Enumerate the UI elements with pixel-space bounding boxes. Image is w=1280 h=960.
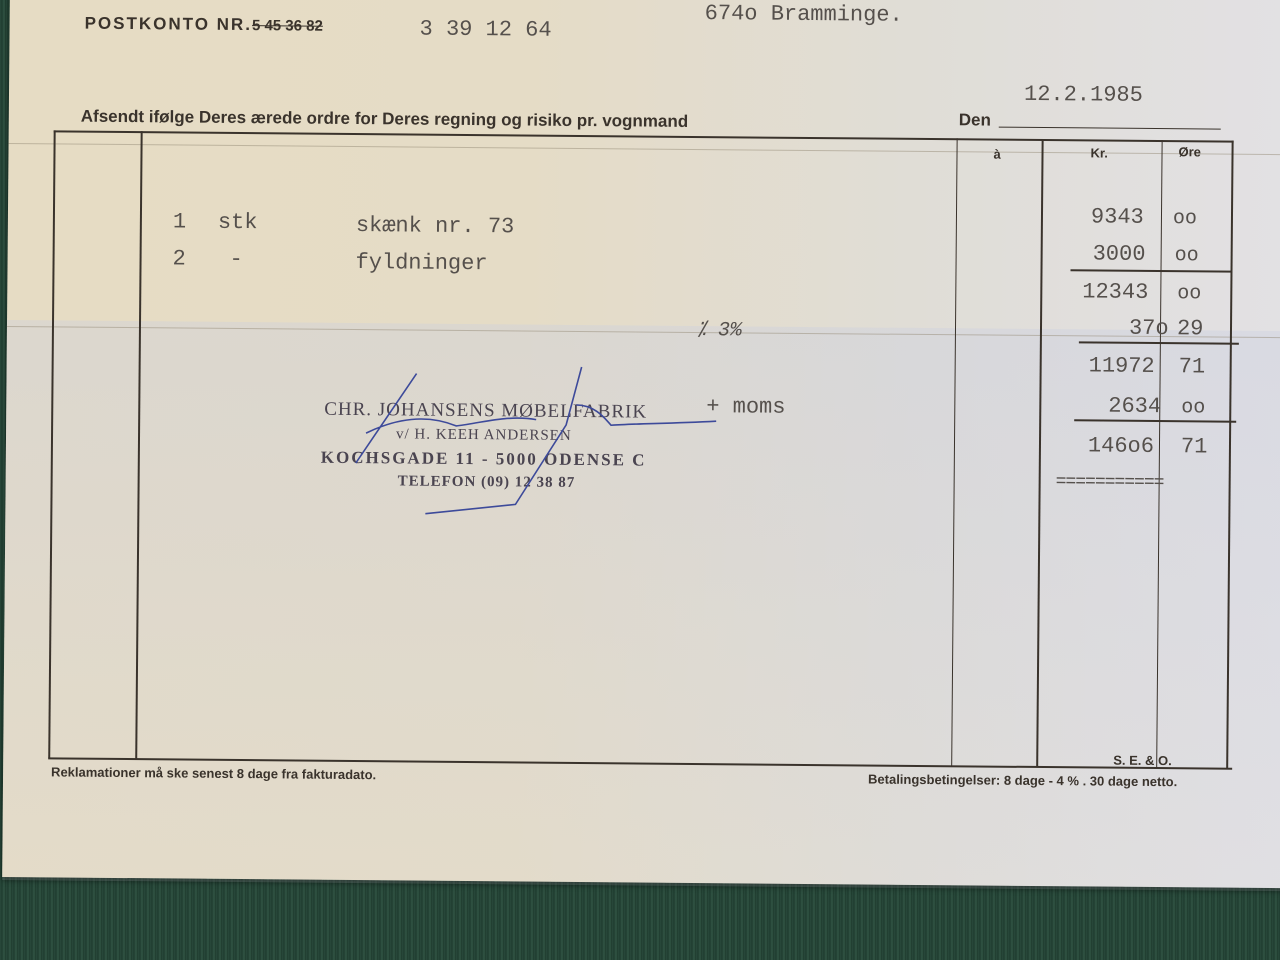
column-header-ore: Øre	[1178, 144, 1201, 159]
vat-kr: 2634	[1108, 394, 1161, 419]
total-double-rule: ===========	[1056, 472, 1164, 493]
item-unit: -	[229, 247, 242, 272]
item-unit: stk	[218, 210, 258, 235]
item-qty: 1	[173, 209, 186, 234]
item-kr: 9343	[1091, 204, 1144, 229]
date-underline	[999, 127, 1221, 130]
recipient-city: 674o Bramminge.	[705, 1, 903, 28]
shipping-note: Afsendt ifølge Deres ærede ordre for Der…	[81, 107, 689, 132]
fold-line	[9, 143, 1280, 155]
errors-omissions-mark: S. E. & O.	[1113, 753, 1172, 769]
signature	[335, 363, 736, 526]
discount-ore: 29	[1177, 316, 1204, 341]
subtotal-kr: 12343	[1082, 279, 1148, 305]
net-ore: 71	[1179, 354, 1206, 379]
postkonto-label: POSTKONTO NR.	[85, 14, 253, 34]
item-ore: oo	[1175, 244, 1199, 267]
complaints-note: Reklamationer må ske senest 8 dage fra f…	[51, 764, 376, 782]
column-header-unit-price: à	[993, 147, 1000, 162]
vat-ore: oo	[1181, 396, 1205, 419]
invoice-paper: POSTKONTO NR.5 45 36 82 3 39 12 64 674o …	[2, 0, 1280, 888]
item-qty: 2	[172, 246, 185, 271]
net-kr: 11972	[1089, 353, 1155, 379]
column-header-kroner: Kr.	[1090, 145, 1107, 160]
postkonto-old-number: 5 45 36 82	[252, 17, 323, 35]
item-description: skænk nr. 73	[356, 213, 515, 239]
table-top-border	[54, 130, 1234, 142]
invoice-date: 12.2.1985	[1024, 82, 1143, 108]
total-kr: 146o6	[1088, 433, 1154, 459]
date-label: Den	[959, 110, 991, 130]
postkonto-new-number: 3 39 12 64	[419, 17, 551, 43]
item-kr: 3000	[1093, 241, 1146, 266]
postkonto-row: POSTKONTO NR.5 45 36 82	[85, 14, 323, 36]
discount-label: ⁒ 3%	[697, 316, 742, 342]
payment-terms: Betalingsbetingelser: 8 dage - 4 % . 30 …	[868, 772, 1177, 790]
subtotal-ore: oo	[1177, 282, 1201, 305]
subtotal-rule	[1070, 269, 1232, 272]
total-ore: 71	[1181, 434, 1208, 459]
item-ore: oo	[1173, 207, 1197, 230]
discount-kr: 37o	[1129, 316, 1169, 341]
item-description: fyldninger	[355, 250, 487, 276]
